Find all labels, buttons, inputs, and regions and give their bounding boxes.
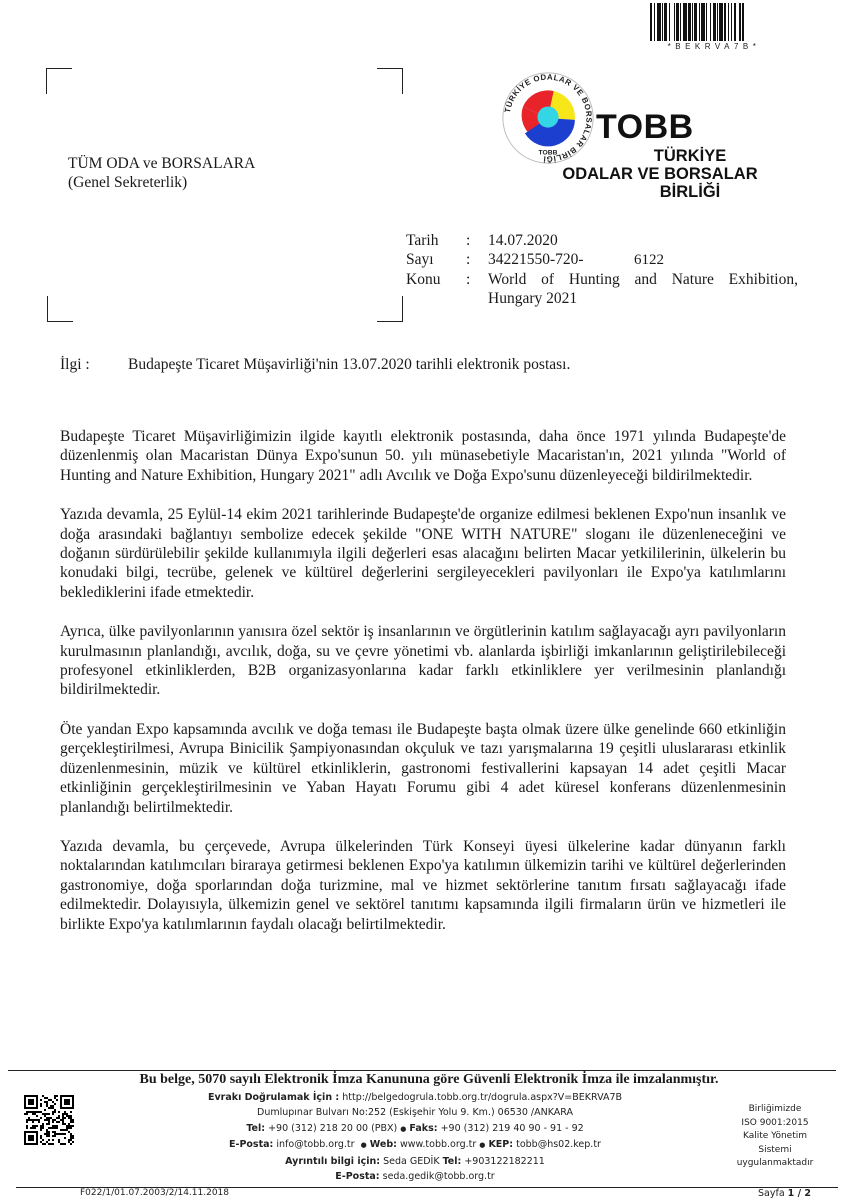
page-number: Sayfa 1 / 2: [758, 1188, 811, 1199]
recipient-line-2: (Genel Sekreterlik): [68, 173, 255, 192]
footer-divider-top: [8, 1070, 836, 1071]
web-label: Web:: [370, 1139, 397, 1150]
bullet-separator: ●: [479, 1141, 485, 1149]
date-value: 14.07.2020: [488, 231, 798, 250]
logo-name-line-3: BİRLİĞİ: [540, 183, 780, 201]
contact-name: Seda GEDİK: [383, 1156, 439, 1167]
iso-line: uygulanmaktadır: [720, 1157, 830, 1171]
qr-code[interactable]: [24, 1095, 74, 1145]
logo-name-line-1: TÜRKİYE: [540, 147, 780, 165]
bullet-separator: ●: [400, 1125, 406, 1133]
fax-value: +90 (312) 219 40 90 - 91 - 92: [441, 1123, 584, 1134]
subject-label: Konu: [406, 270, 466, 308]
contact-email-link[interactable]: seda.gedik@tobb.org.tr: [383, 1171, 495, 1182]
number-value: 34221550-720-6122: [488, 250, 798, 270]
form-code: F022/1/01.07.2003/2/14.11.2018: [80, 1188, 229, 1198]
meta-date-row: Tarih : 14.07.2020: [406, 231, 798, 250]
date-label: Tarih: [406, 231, 466, 250]
body-paragraph-2: Yazıda devamla, 25 Eylül-14 ekim 2021 ta…: [60, 505, 786, 602]
letter-body: Budapeşte Ticaret Müşavirliğimizin ilgid…: [60, 427, 786, 954]
iso-line: ISO 9001:2015: [720, 1117, 830, 1131]
contact-label: Ayrıntılı bilgi için:: [285, 1156, 380, 1167]
kep-link[interactable]: tobb@hs02.kep.tr: [516, 1139, 601, 1150]
recipient-line-1: TÜM ODA ve BORSALARA: [68, 154, 255, 173]
e-signature-notice: Bu belge, 5070 sayılı Elektronik İmza Ka…: [0, 1072, 844, 1088]
bullet-separator: ●: [361, 1141, 367, 1149]
date-separator: :: [466, 231, 488, 250]
address-window-corner-top-left: [46, 68, 72, 94]
tel-label: Tel:: [246, 1123, 265, 1134]
logo-organization-name: TÜRKİYE ODALAR VE BORSALAR BİRLİĞİ: [540, 147, 780, 201]
body-paragraph-5: Yazıda devamla, bu çerçevede, Avrupa ülk…: [60, 837, 786, 934]
address-window-corner-top-right: [377, 68, 403, 94]
body-paragraph-1: Budapeşte Ticaret Müşavirliğimizin ilgid…: [60, 427, 786, 485]
meta-number-row: Sayı : 34221550-720-6122: [406, 250, 798, 270]
email-label: E-Posta:: [229, 1139, 273, 1150]
tel-value: +90 (312) 218 20 00 (PBX): [268, 1123, 397, 1134]
reference-label: İlgi :: [60, 356, 128, 374]
address-window-corner-bottom-left: [47, 296, 73, 322]
iso-line: Birliğimizde: [720, 1103, 830, 1117]
fax-label: Faks:: [409, 1123, 437, 1134]
address-line: Dumlupınar Bulvarı No:252 (Eskişehir Yol…: [170, 1105, 660, 1120]
subject-separator: :: [466, 270, 488, 308]
online-contact-line: E-Posta: info@tobb.org.tr ● Web: www.tob…: [170, 1137, 660, 1153]
contact-person-line: Ayrıntılı bilgi için: Seda GEDİK Tel: +9…: [170, 1154, 660, 1169]
number-separator: :: [466, 250, 488, 270]
logo-name-line-2: ODALAR VE BORSALAR: [540, 165, 780, 183]
number-suffix: 6122: [586, 251, 664, 270]
kep-label: KEP:: [488, 1139, 513, 1150]
body-paragraph-3: Ayrıca, ülke pavilyonlarının yanısıra öz…: [60, 622, 786, 700]
document-meta: Tarih : 14.07.2020 Sayı : 34221550-720-6…: [406, 231, 798, 308]
reference-line: İlgi : Budapeşte Ticaret Müşavirliği'nin…: [60, 356, 570, 374]
number-prefix: 34221550-720-: [488, 250, 586, 269]
recipient-block: TÜM ODA ve BORSALARA (Genel Sekreterlik): [68, 154, 255, 192]
contact-email-line: E-Posta: seda.gedik@tobb.org.tr: [170, 1169, 660, 1184]
page-current-total: 1 / 2: [788, 1188, 811, 1199]
meta-subject-row: Konu : World of Hunting and Nature Exhib…: [406, 270, 798, 308]
body-paragraph-4: Öte yandan Expo kapsamında avcılık ve do…: [60, 720, 786, 817]
page-label: Sayfa: [758, 1188, 785, 1199]
reference-text: Budapeşte Ticaret Müşavirliği'nin 13.07.…: [128, 356, 570, 374]
contact-email-label: E-Posta:: [335, 1171, 379, 1182]
subject-value: World of Hunting and Nature Exhibition, …: [488, 270, 798, 308]
barcode-code: *BEKRVA7B*: [650, 42, 778, 51]
iso-line: Sistemi: [720, 1144, 830, 1158]
logo-abbreviation: TOBB: [596, 108, 694, 147]
number-label: Sayı: [406, 250, 466, 270]
footer-contact-info: Evrakı Doğrulamak İçin : http://belgedog…: [170, 1090, 660, 1184]
email-link[interactable]: info@tobb.org.tr: [276, 1139, 354, 1150]
phone-line: Tel: +90 (312) 218 20 00 (PBX) ● Faks: +…: [170, 1121, 660, 1137]
verify-line: Evrakı Doğrulamak İçin : http://belgedog…: [170, 1090, 660, 1105]
document-barcode: *BEKRVA7B*: [650, 3, 790, 53]
web-link[interactable]: www.tobb.org.tr: [400, 1139, 476, 1150]
verify-url-link[interactable]: http://belgedogrula.tobb.org.tr/dogrula.…: [342, 1092, 622, 1103]
iso-certification-note: Birliğimizde ISO 9001:2015 Kalite Yöneti…: [720, 1103, 830, 1171]
verify-label: Evrakı Doğrulamak İçin :: [208, 1092, 339, 1103]
address-window-corner-bottom-right: [377, 296, 403, 322]
barcode-bars: [650, 3, 778, 41]
contact-tel-label: Tel:: [443, 1156, 462, 1167]
contact-tel-value: +903122182211: [464, 1156, 545, 1167]
iso-line: Kalite Yönetim: [720, 1130, 830, 1144]
